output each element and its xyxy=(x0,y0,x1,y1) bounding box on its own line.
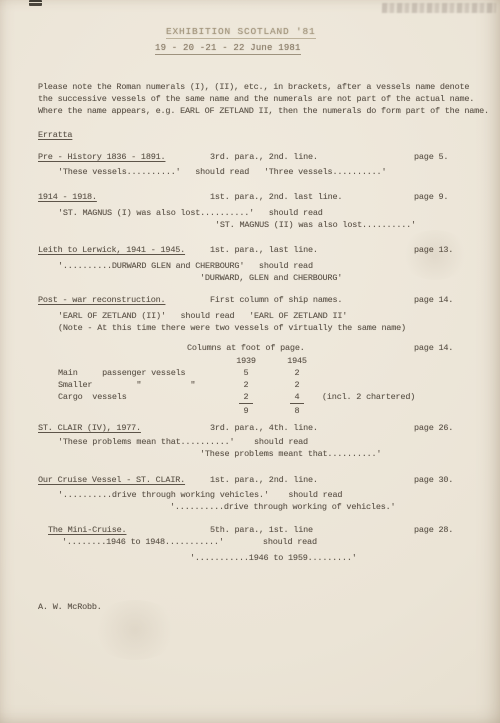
faint-corner-stamp xyxy=(382,3,496,13)
errata-entry-5: ST. CLAIR (IV), 1977. 3rd. para., 4th. l… xyxy=(38,422,492,460)
row-note: (incl. 2 chartered) xyxy=(322,391,415,404)
ink-corner-mark xyxy=(29,0,42,6)
entry-correction-line: 'EARL OF ZETLAND (II)' should read 'EARL… xyxy=(58,310,492,322)
intro-line-1: Please note the Roman numerals (I), (II)… xyxy=(38,81,492,93)
entry-heading: The Mini-Cruise. xyxy=(48,524,210,536)
errata-entry-4: Post - war reconstruction. First column … xyxy=(38,294,492,334)
total-1945: 8 xyxy=(272,405,322,417)
document-page: EXHIBITION SCOTLAND '81 19 - 20 -21 - 22… xyxy=(0,0,500,723)
entry-correction-line: '..........drive through working of vehi… xyxy=(170,501,492,513)
table-totals-row: 9 8 xyxy=(58,405,492,417)
entry-heading: Pre - History 1836 - 1891. xyxy=(38,151,210,163)
fleet-table: 1939 1945 Main passenger vessels 5 2 Sma… xyxy=(58,355,492,417)
value-1945: 2 xyxy=(272,379,322,391)
entry-page-number: page 5. xyxy=(414,151,492,163)
value-1945: 4 xyxy=(272,391,322,404)
errata-entry-6: Our Cruise Vessel - ST. CLAIR. 1st. para… xyxy=(38,474,492,513)
entry-heading: Leith to Lerwick, 1941 - 1945. xyxy=(38,244,210,256)
entry-correction-line: '........1946 to 1948...........' should… xyxy=(62,536,492,548)
entry-reference: 3rd. para., 2nd. line. xyxy=(210,151,318,163)
entry-correction-line: 'These problems meant that..........' xyxy=(200,448,492,460)
errata-heading-row: Erratta xyxy=(38,129,492,141)
errata-heading: Erratta xyxy=(38,130,72,140)
value-1945: 2 xyxy=(272,367,322,379)
row-label: Cargo vessels xyxy=(58,391,220,404)
entry-correction-line: '...........1946 to 1959.........' xyxy=(190,552,492,564)
table-header-row: 1939 1945 xyxy=(58,355,492,367)
row-label: Smaller " " xyxy=(58,379,220,391)
entry-correction-line: 'ST. MAGNUS (II) was also lost..........… xyxy=(215,219,492,231)
document-title: EXHIBITION SCOTLAND '81 xyxy=(166,26,316,39)
entry-page-number: page 14. xyxy=(414,294,492,306)
entry-correction-line: 'ST. MAGNUS (I) was also lost..........'… xyxy=(58,207,492,219)
entry-reference: First column of ship names. xyxy=(210,294,342,306)
table-caption-row: Columns at foot of page. page 14. xyxy=(38,342,492,354)
row-label: Main passenger vessels xyxy=(58,367,220,379)
title-row: EXHIBITION SCOTLAND '81 xyxy=(166,25,492,39)
entry-reference: 5th. para., 1st. line xyxy=(210,524,313,536)
value-1939: 2 xyxy=(220,379,272,391)
entry-page-number: page 28. xyxy=(414,524,492,536)
value-1939: 2 xyxy=(220,391,272,404)
entry-page-number: page 13. xyxy=(414,244,492,256)
intro-line-2: the successive vessels of the same name … xyxy=(38,93,492,105)
entry-heading: Post - war reconstruction. xyxy=(38,294,210,306)
total-1939: 9 xyxy=(220,405,272,417)
entry-reference: 1st. para., 2nd. last line. xyxy=(210,191,342,203)
entry-correction-line: '..........drive through working vehicle… xyxy=(58,489,492,501)
entry-correction-line: 'These problems mean that..........' sho… xyxy=(58,436,492,448)
errata-entry-2: 1914 - 1918. 1st. para., 2nd. last line.… xyxy=(38,191,492,231)
table-col-header-1939: 1939 xyxy=(220,355,272,367)
errata-entry-1: Pre - History 1836 - 1891. 3rd. para., 2… xyxy=(38,151,492,178)
entry-reference: 1st. para., last line. xyxy=(210,244,318,256)
value-1939: 5 xyxy=(220,367,272,379)
errata-entry-7: The Mini-Cruise. 5th. para., 1st. line p… xyxy=(38,524,492,564)
errata-entry-3: Leith to Lerwick, 1941 - 1945. 1st. para… xyxy=(38,244,492,284)
entry-correction-line: 'These vessels..........' should read 'T… xyxy=(58,166,492,178)
document-dates: 19 - 20 -21 - 22 June 1981 xyxy=(155,43,301,55)
entry-heading: Our Cruise Vessel - ST. CLAIR. xyxy=(38,474,210,486)
table-row: Main passenger vessels 5 2 xyxy=(58,367,492,379)
entry-reference: 1st. para., 2nd. line. xyxy=(210,474,318,486)
entry-page-number: page 26. xyxy=(414,422,492,434)
entry-page-number: page 30. xyxy=(414,474,492,486)
dates-row: 19 - 20 -21 - 22 June 1981 xyxy=(155,42,492,55)
entry-correction-line: '..........DURWARD GLEN and CHERBOURG' s… xyxy=(58,260,492,272)
entry-reference: 3rd. para., 4th. line. xyxy=(210,422,318,434)
signature: A. W. McRobb. xyxy=(38,601,492,613)
entry-heading: ST. CLAIR (IV), 1977. xyxy=(38,422,210,434)
table-row: Cargo vessels 2 4 (incl. 2 chartered) xyxy=(58,391,492,404)
entry-note-line: (Note - At this time there were two vess… xyxy=(58,322,492,334)
table-caption-page-number: page 14. xyxy=(414,342,492,354)
table-col-header-1945: 1945 xyxy=(272,355,322,367)
entry-correction-line: 'DURWARD, GLEN and CHERBOURG' xyxy=(200,272,492,284)
intro-paragraph: Please note the Roman numerals (I), (II)… xyxy=(38,81,492,117)
table-row: Smaller " " 2 2 xyxy=(58,379,492,391)
table-caption: Columns at foot of page. xyxy=(187,342,305,354)
intro-line-3: Where the name appears, e.g. EARL OF ZET… xyxy=(38,105,492,117)
entry-heading: 1914 - 1918. xyxy=(38,191,210,203)
entry-page-number: page 9. xyxy=(414,191,492,203)
